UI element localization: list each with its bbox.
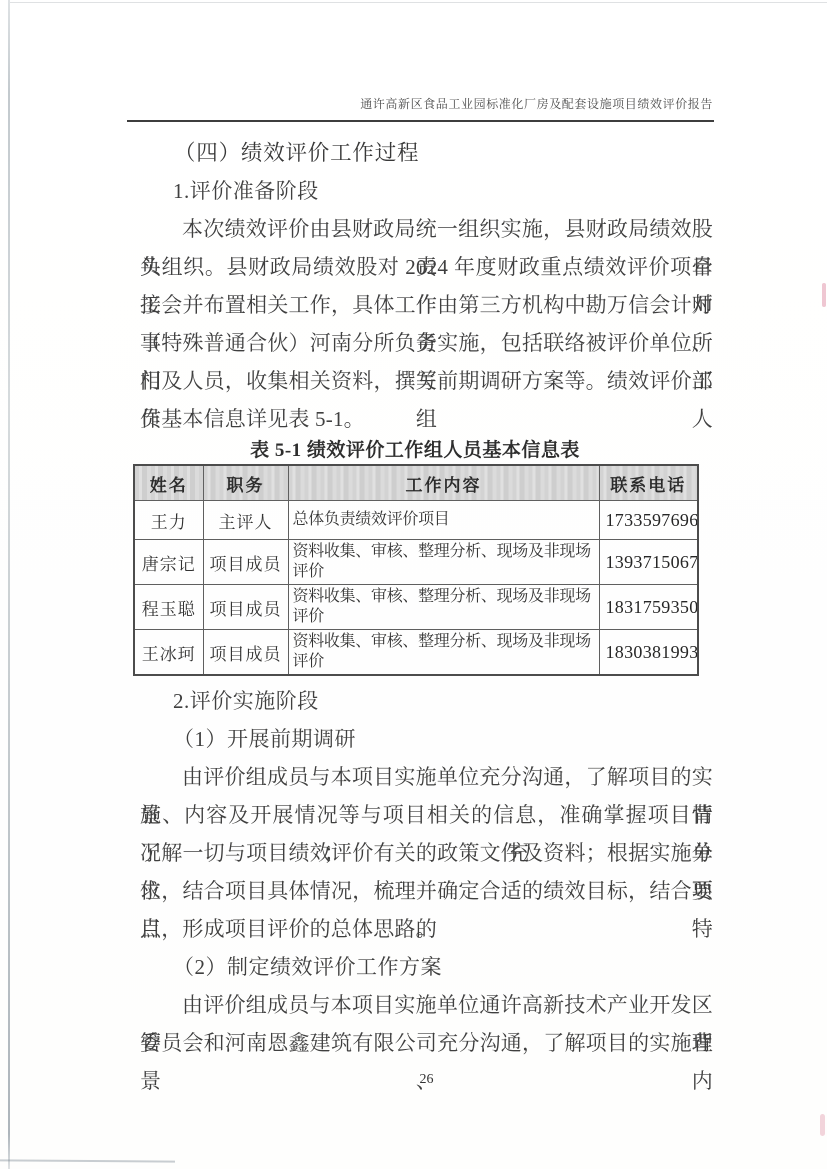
cell-role: 项目成员: [203, 585, 288, 630]
paragraph-line: 委员会和河南恩鑫建筑有限公司充分沟通，了解项目的实施背景、内: [140, 1024, 713, 1062]
paragraph-preparation: 本次绩效评价由县财政局统一组织实施，县财政局绩效股负责牵 头组织。县财政局绩效股…: [140, 210, 713, 438]
cell-role: 项目成员: [203, 540, 288, 585]
cell-name: 程玉聪: [134, 585, 203, 630]
paragraph-line: 景、内容及开展情况等与项目相关的信息，准确掌握项目情况；充分: [140, 796, 713, 834]
cell-work: 资料收集、审核、整理分析、现场及非现场评价: [288, 540, 599, 585]
table-row: 唐宗记 项目成员 资料收集、审核、整理分析、现场及非现场评价 139371506…: [134, 540, 698, 585]
section-heading: （四）绩效评价工作过程: [140, 134, 713, 172]
report-page: 通许高新区食品工业园标准化厂房及配套设施项目绩效评价报告 （四）绩效评价工作过程…: [0, 0, 827, 1169]
table-row: 王冰珂 项目成员 资料收集、审核、整理分析、现场及非现场评价 183038199…: [134, 630, 698, 676]
cell-name: 王冰珂: [134, 630, 203, 676]
scan-edge-top: [10, 2, 827, 3]
column-header-work: 工作内容: [288, 465, 599, 501]
paragraph-line: 本次绩效评价由县财政局统一组织实施，县财政局绩效股负责牵: [140, 210, 713, 248]
cell-work: 资料收集、审核、整理分析、现场及非现场评价: [288, 630, 599, 676]
cell-name: 唐宗记: [134, 540, 203, 585]
table-header-row: 姓名 职务 工作内容 联系电话: [134, 465, 698, 501]
paragraph-line: 了解一切与项目绩效评价有关的政策文件及资料；根据实施单位要: [140, 834, 713, 872]
paragraph-plan: 由评价组成员与本项目实施单位通许高新技术产业开发区管理 委员会和河南恩鑫建筑有限…: [140, 986, 713, 1062]
item1-heading: （1）开展前期调研: [140, 720, 713, 758]
scan-pink-mark: [822, 283, 826, 307]
paragraph-line: 由评价组成员与本项目实施单位通许高新技术产业开发区管理: [140, 986, 713, 1024]
table-row: 王力 主评人 总体负责绩效评价项目 17335976966: [134, 501, 698, 540]
staff-info-table: 姓名 职务 工作内容 联系电话 王力 主评人 总体负责绩效评价项目 173359…: [133, 464, 699, 676]
table-title: 表 5-1 绩效评价工作组人员基本信息表: [133, 438, 697, 464]
page-number: 26: [140, 1072, 713, 1088]
running-header-title: 通许高新区食品工业园标准化厂房及配套设施项目绩效评价报告: [360, 97, 713, 111]
scan-edge-bottom: [0, 1159, 175, 1162]
running-header: 通许高新区食品工业园标准化厂房及配套设施项目绩效评价报告: [140, 97, 713, 111]
paragraph-research: 由评价组成员与本项目实施单位充分沟通，了解项目的实施背 景、内容及开展情况等与项…: [140, 758, 713, 948]
scan-pink-mark: [820, 1114, 825, 1136]
cell-phone: 18303819938: [599, 630, 698, 676]
stage2-heading: 2.评价实施阶段: [140, 682, 713, 720]
scan-edge-left: [8, 0, 10, 1169]
column-header-name: 姓名: [134, 465, 203, 501]
paragraph-line: 头组织。县财政局绩效股对 2024 年度财政重点绩效评价项目工作对: [140, 248, 713, 286]
item2-heading: （2）制定绩效评价工作方案: [140, 948, 713, 986]
paragraph-line: 求，结合项目具体情况，梳理并确定合适的绩效目标，结合项目的特: [140, 872, 713, 910]
column-header-phone: 联系电话: [599, 465, 698, 501]
paragraph-line: 接会并布置相关工作，具体工作由第三方机构中勘万信会计师事务所: [140, 286, 713, 324]
header-rule: [127, 120, 714, 122]
cell-role: 项目成员: [203, 630, 288, 676]
cell-role: 主评人: [203, 501, 288, 540]
paragraph-line: 由评价组成员与本项目实施单位充分沟通，了解项目的实施背: [140, 758, 713, 796]
cell-phone: 18317593505: [599, 585, 698, 630]
cell-phone: 17335976966: [599, 501, 698, 540]
document-body: （四）绩效评价工作过程 1.评价准备阶段 本次绩效评价由县财政局统一组织实施，县…: [140, 134, 713, 1062]
column-header-role: 职务: [203, 465, 288, 501]
cell-name: 王力: [134, 501, 203, 540]
paragraph-line: （特殊普通合伙）河南分所负责实施，包括联络被评价单位、相关部: [140, 324, 713, 362]
table-row: 程玉聪 项目成员 资料收集、审核、整理分析、现场及非现场评价 183175935…: [134, 585, 698, 630]
paragraph-line: 门及人员，收集相关资料，撰写前期调研方案等。绩效评价工作组人: [140, 362, 713, 400]
stage1-heading: 1.评价准备阶段: [140, 172, 713, 210]
cell-phone: 13937150671: [599, 540, 698, 585]
cell-work: 总体负责绩效评价项目: [288, 501, 599, 540]
cell-work: 资料收集、审核、整理分析、现场及非现场评价: [288, 585, 599, 630]
